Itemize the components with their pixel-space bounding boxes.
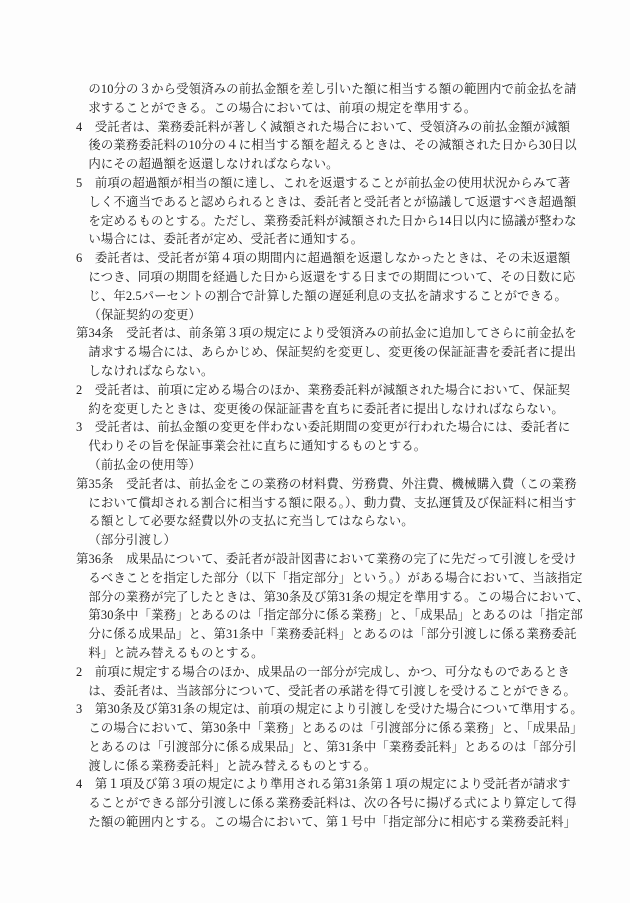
text-line: 3 受託者は、前払金額の変更を伴わない委託期間の変更が行われた場合には、委託者に — [76, 418, 556, 437]
text-line: ることができる部分引渡しに係る業務委託料は、次の各号に揚げる式により算定して得 — [76, 794, 556, 813]
document-page: の10分の３から受領済みの前払金額を差し引いた額に相当する額の範囲内で前金払を請… — [0, 0, 630, 903]
text-line: 後の業務委託料の10分の４に相当する額を超えるときは、その減額された日から30日… — [76, 136, 556, 155]
text-line: 第34条 受託者は、前条第３項の規定により受領済みの前払金に追加してさらに前金払… — [76, 324, 556, 343]
text-line: 2 前項に規定する場合のほか、成果品の一部分が完成し、かつ、可分なものであるとき — [76, 663, 556, 682]
text-line: 5 前項の超過額が相当の額に達し、これを返還することが前払金の使用状況からみて著 — [76, 174, 556, 193]
text-line: 第30条中「業務」とあるのは「指定部分に係る業務」と、「成果品」とあるのは「指定… — [76, 606, 556, 625]
text-line: しく不適当であると認められるときは、委託者と受託者とが協議して返還すべき超過額 — [76, 193, 556, 212]
text-line: 渡しに係る業務委託料」と読み替えるものとする。 — [76, 757, 556, 776]
text-line: （保証契約の変更） — [76, 306, 556, 325]
text-line: を定めるものとする。ただし、業務委託料が減額された日から14日以内に協議が整わな — [76, 212, 556, 231]
text-line: 3 第30条及び第31条の規定は、前項の規定により引渡しを受けた場合について準用… — [76, 700, 556, 719]
text-line: 第35条 受託者は、前払金をこの業務の材料費、労務費、外注費、機械購入費（この業… — [76, 475, 556, 494]
text-line: 6 委託者は、受託者が第４項の期間内に超過額を返還しなかったときは、その未返還額 — [76, 249, 556, 268]
text-line: は、委託者は、当該部分について、受託者の承諾を得て引渡しを受けることができる。 — [76, 682, 556, 701]
text-line: しなければならない。 — [76, 362, 556, 381]
text-line: 分に係る成果品」と、第31条中「業務委託料」とあるのは「部分引渡しに係る業務委託 — [76, 625, 556, 644]
text-line: この場合において、第30条中「業務」とあるのは「引渡部分に係る業務」と、「成果品… — [76, 719, 556, 738]
text-line: 求することができる。この場合においては、前項の規定を準用する。 — [76, 99, 556, 118]
text-line: 料」と読み替えるものとする。 — [76, 644, 556, 663]
text-line: 代わりその旨を保証事業会社に直ちに通知するものとする。 — [76, 437, 556, 456]
text-line: 第36条 成果品について、委託者が設計図書において業務の完了に先だって引渡しを受… — [76, 550, 556, 569]
text-line: の10分の３から受領済みの前払金額を差し引いた額に相当する額の範囲内で前金払を請 — [76, 80, 556, 99]
text-line: （前払金の使用等） — [76, 456, 556, 475]
text-line: い場合には、委託者が定め、受託者に通知する。 — [76, 230, 556, 249]
text-line: るべきことを指定した部分（以下「指定部分」という。）がある場合において、当該指定 — [76, 569, 556, 588]
text-line: た額の範囲内とする。この場合において、第１号中「指定部分に相応する業務委託料」 — [76, 813, 556, 832]
text-line: 約を変更したときは、変更後の保証証書を直ちに委託者に提出しなければならない。 — [76, 400, 556, 419]
text-line: 内にその超過額を返還しなければならない。 — [76, 155, 556, 174]
text-line: 4 第１項及び第３項の規定により準用される第31条第１項の規定により受託者が請求… — [76, 775, 556, 794]
document-body: の10分の３から受領済みの前払金額を差し引いた額に相当する額の範囲内で前金払を請… — [76, 80, 556, 832]
text-line: につき、同項の期間を経過した日から返還をする日までの期間について、その日数に応 — [76, 268, 556, 287]
text-line: 4 受託者は、業務委託料が著しく減額された場合において、受領済みの前払金額が減額 — [76, 118, 556, 137]
text-line: 2 受託者は、前項に定める場合のほか、業務委託料が減額された場合において、保証契 — [76, 381, 556, 400]
text-line: 請求する場合には、あらかじめ、保証契約を変更し、変更後の保証証書を委託者に提出 — [76, 343, 556, 362]
text-line: において償却される割合に相当する額に限る。）、動力費、支払運賃及び保証料に相当す — [76, 494, 556, 513]
text-line: とあるのは「引渡部分に係る成果品」と、第31条中「業務委託料」とあるのは「部分引 — [76, 738, 556, 757]
text-line: （部分引渡し） — [76, 531, 556, 550]
text-line: 部分の業務が完了したときは、第30条及び第31条の規定を準用する。この場合におい… — [76, 588, 556, 607]
text-line: る額として必要な経費以外の支払に充当してはならない。 — [76, 512, 556, 531]
text-line: じ、年2.5パーセントの割合で計算した額の遅延利息の支払を請求することができる。 — [76, 287, 556, 306]
